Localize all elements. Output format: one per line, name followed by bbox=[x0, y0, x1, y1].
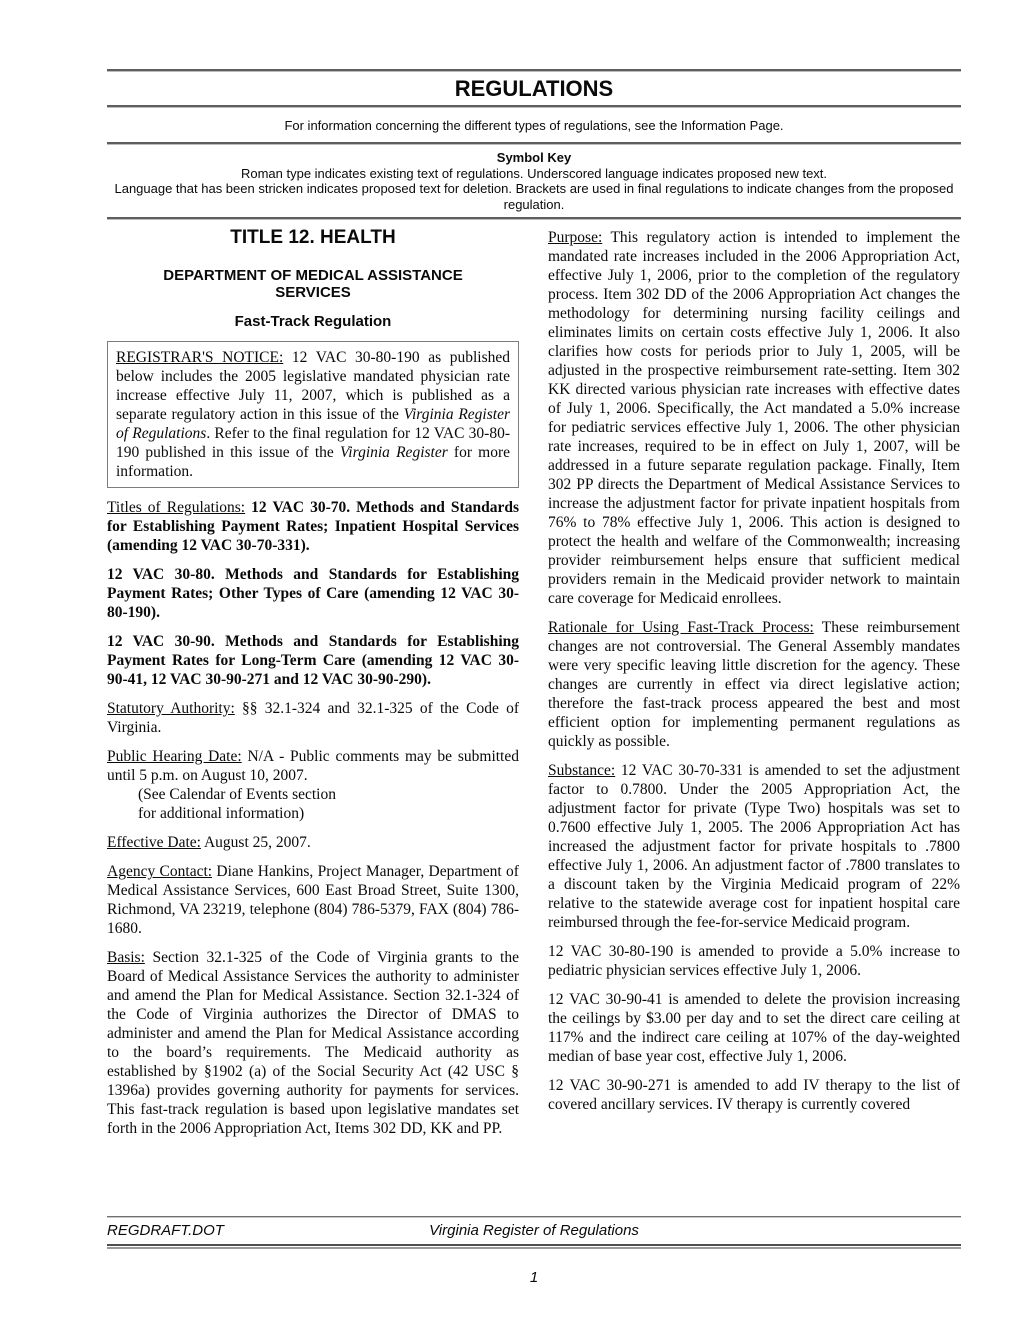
left-column: TITLE 12. HEALTH DEPARTMENT OF MEDICAL A… bbox=[107, 227, 519, 1138]
regulation-type-heading: Fast-Track Regulation bbox=[107, 313, 519, 330]
footer-rule-bottom bbox=[107, 1244, 961, 1249]
right-column-paragraphs: Purpose: This regulatory action is inten… bbox=[548, 228, 960, 1114]
footer-center-label: Virginia Register of Regulations bbox=[107, 1222, 961, 1239]
text-run: 12 VAC 30-80-190 is amended to provide a… bbox=[548, 943, 960, 979]
symbol-key-line: Language that has been stricken indicate… bbox=[107, 181, 961, 212]
left-column-paragraphs: Titles of Regulations: 12 VAC 30-70. Met… bbox=[107, 498, 519, 1138]
text-run: Basis: bbox=[107, 949, 145, 966]
registrar-notice-paragraph: REGISTRAR'S NOTICE: 12 VAC 30-80-190 as … bbox=[116, 348, 510, 481]
paragraph: 12 VAC 30-80. Methods and Standards for … bbox=[107, 565, 519, 622]
page-content: REGULATIONS For information concerning t… bbox=[107, 69, 961, 1138]
text-run: Virginia Register bbox=[340, 444, 448, 461]
paragraph: Substance: 12 VAC 30-70-331 is amended t… bbox=[548, 761, 960, 932]
paragraph: Public Hearing Date: N/A - Public commen… bbox=[107, 747, 519, 785]
page-footer: REGDRAFT.DOT Virginia Register of Regula… bbox=[107, 1216, 961, 1286]
two-column-body: TITLE 12. HEALTH DEPARTMENT OF MEDICAL A… bbox=[107, 227, 961, 1138]
text-run: Effective Date: bbox=[107, 834, 201, 851]
paragraph: Purpose: This regulatory action is inten… bbox=[548, 228, 960, 608]
paragraph: 12 VAC 30-90-271 is amended to add IV th… bbox=[548, 1076, 960, 1114]
text-run: This regulatory action is intended to im… bbox=[548, 229, 960, 607]
paragraph: (See Calendar of Events section bbox=[138, 785, 519, 804]
footer-row: REGDRAFT.DOT Virginia Register of Regula… bbox=[107, 1218, 961, 1244]
text-run: Statutory Authority: bbox=[107, 700, 235, 717]
text-run: August 25, 2007. bbox=[201, 834, 311, 851]
text-run: These reimbursement changes are not cont… bbox=[548, 619, 960, 750]
paragraph: for additional information) bbox=[138, 804, 519, 823]
document-page: REGULATIONS For information concerning t… bbox=[0, 0, 1020, 1320]
symbol-key-line: Roman type indicates existing text of re… bbox=[107, 166, 961, 182]
text-run: Agency Contact: bbox=[107, 863, 212, 880]
paragraph: Effective Date: August 25, 2007. bbox=[107, 833, 519, 852]
registrar-notice-box: REGISTRAR'S NOTICE: 12 VAC 30-80-190 as … bbox=[107, 341, 519, 488]
info-line: For information concerning the different… bbox=[107, 108, 961, 142]
text-run: 12 VAC 30-70-331 is amended to set the a… bbox=[548, 762, 960, 931]
right-column: Purpose: This regulatory action is inten… bbox=[548, 227, 960, 1138]
text-run: 12 VAC 30-90-41 is amended to delete the… bbox=[548, 991, 960, 1065]
text-run: REGISTRAR'S NOTICE: bbox=[116, 349, 283, 366]
text-run: Rationale for Using Fast-Track Process: bbox=[548, 619, 814, 636]
text-run: Substance: bbox=[548, 762, 615, 779]
text-run: Purpose: bbox=[548, 229, 602, 246]
text-run: 12 VAC 30-90. Methods and Standards for … bbox=[107, 633, 519, 688]
text-run: (See Calendar of Events section bbox=[138, 786, 336, 803]
title-heading: TITLE 12. HEALTH bbox=[107, 227, 519, 249]
paragraph: 12 VAC 30-90. Methods and Standards for … bbox=[107, 632, 519, 689]
text-run: Public Hearing Date: bbox=[107, 748, 242, 765]
text-run: for additional information) bbox=[138, 805, 304, 822]
paragraph: 12 VAC 30-80-190 is amended to provide a… bbox=[548, 942, 960, 980]
horizontal-rule bbox=[107, 217, 961, 220]
paragraph: Agency Contact: Diane Hankins, Project M… bbox=[107, 862, 519, 938]
paragraph: Titles of Regulations: 12 VAC 30-70. Met… bbox=[107, 498, 519, 555]
symbol-key-section: Symbol Key Roman type indicates existing… bbox=[107, 145, 961, 217]
page-title: REGULATIONS bbox=[107, 72, 961, 105]
page-number: 1 bbox=[107, 1269, 961, 1286]
department-heading: DEPARTMENT OF MEDICAL ASSISTANCE SERVICE… bbox=[145, 267, 481, 301]
footer-left-label: REGDRAFT.DOT bbox=[107, 1222, 224, 1239]
paragraph: Rationale for Using Fast-Track Process: … bbox=[548, 618, 960, 751]
text-run: 12 VAC 30-80. Methods and Standards for … bbox=[107, 566, 519, 621]
symbol-key-title: Symbol Key bbox=[107, 150, 961, 166]
paragraph: Basis: Section 32.1-325 of the Code of V… bbox=[107, 948, 519, 1138]
paragraph: Statutory Authority: §§ 32.1-324 and 32.… bbox=[107, 699, 519, 737]
paragraph: 12 VAC 30-90-41 is amended to delete the… bbox=[548, 990, 960, 1066]
text-run: 12 VAC 30-90-271 is amended to add IV th… bbox=[548, 1077, 960, 1113]
text-run: Section 32.1-325 of the Code of Virginia… bbox=[107, 949, 519, 1137]
text-run: Titles of Regulations: bbox=[107, 499, 245, 516]
